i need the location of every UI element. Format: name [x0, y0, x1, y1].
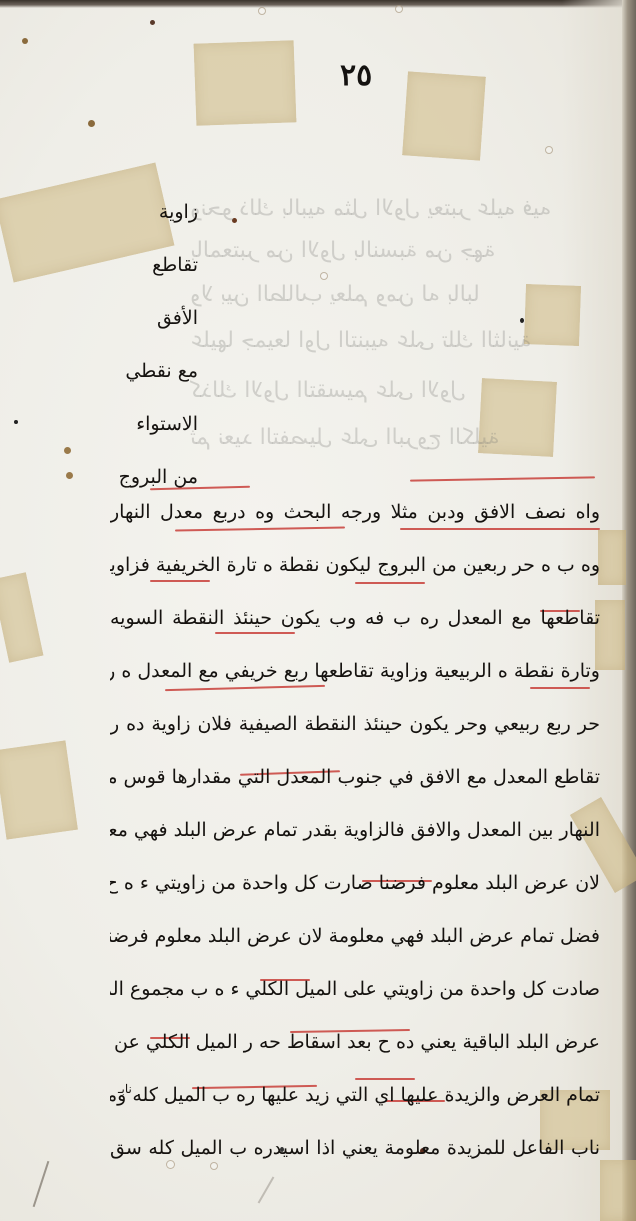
page-number: ٢٥ [340, 58, 372, 93]
margin-heading: زاوية تقاطع الأفق مع نقطي الاستواء من ال… [108, 186, 198, 504]
text-line: وه ب ه حر ربعين من البروج ليكون نقطة ه ت… [110, 531, 600, 584]
text-line: صادت كل واحدة من زاويتي على الميل الكلي … [110, 955, 600, 1008]
margin-heading-line: الأفق [108, 292, 198, 345]
bleed-through-line: بالمعتبر من الاول بالنسبة من جهة [190, 238, 610, 263]
text-line: تقاطع المعدل مع الافق في جنوب المعدل الت… [110, 743, 600, 796]
scratch-mark [258, 1177, 275, 1204]
bleed-through-line: عليها جميعا اول التنبيه على تلك الثانية [190, 328, 610, 353]
wormhole [258, 7, 266, 15]
margin-heading-line: زاوية [108, 186, 198, 239]
bleed-through-line: ولا بين الطالب يعلم ومن له بالبا [190, 282, 610, 307]
ink-spot [64, 447, 71, 454]
margin-heading-line: تقاطع [108, 239, 198, 292]
ink-spot [66, 472, 73, 479]
tape-patch [0, 572, 43, 662]
text-line: ناب الفاعل للمزيدة معلومة يعني اذا اسيدر… [110, 1114, 600, 1167]
wormhole [395, 5, 403, 13]
wormhole [320, 272, 328, 280]
page-top-edge [0, 0, 636, 8]
main-text-block: واه نصف الافق ودبن مثلا ورجه البحث وه در… [110, 478, 600, 1167]
ink-spot [14, 420, 18, 424]
text-line: لان عرض البلد معلوم فرضنا صارت كل واحدة … [110, 849, 600, 902]
bleed-through-line: كذلك الاول التقسيم على الاول [190, 378, 610, 403]
margin-heading-line: مع نقطي [108, 345, 198, 398]
ink-spot [520, 318, 524, 323]
bleed-through-line: ثم نعيد التفصيل على البروج الكلية [190, 425, 610, 450]
tape-patch [598, 530, 626, 585]
manuscript-page: ونحو ذلك بالبيه مثل الاول يعتبر عليه فيه… [0, 0, 636, 1221]
text-line: عرض البلد الباقية يعني ده ح بعد اسقاط حه… [110, 1008, 600, 1061]
tape-patch [194, 40, 297, 125]
text-line: حر ربع ربيعي وحر يكون حينئذ النقطة الصيف… [110, 690, 600, 743]
text-line: تمام العرض والزيدة عليها اي التي زيد علي… [110, 1061, 600, 1114]
margin-heading-line: الاستواء [108, 398, 198, 451]
text-line: النهار بين المعدل والافق فالزاوية بقدر ت… [110, 796, 600, 849]
tape-patch [0, 740, 78, 839]
text-line: واه نصف الافق ودبن مثلا ورجه البحث وه در… [110, 478, 600, 531]
tape-patch [402, 71, 486, 160]
text-line: تقاطعها مع المعدل ره ب فه وب يكون حينئذ … [110, 584, 600, 637]
ink-spot [22, 38, 28, 44]
ink-spot [150, 20, 155, 25]
ink-spot [88, 120, 95, 127]
text-line: وتارة نقطة ه الربيعية وزاوية تقاطعها ربع… [110, 637, 600, 690]
tape-patch [600, 1160, 636, 1221]
scratch-mark [33, 1161, 50, 1207]
wormhole [545, 146, 553, 154]
marginal-gloss: نابـ [118, 1082, 132, 1096]
text-line: فضل تمام عرض البلد فهي معلومة لان عرض ال… [110, 902, 600, 955]
bleed-through-line: ونحو ذلك بالبيه مثل الاول يعتبر عليه فيه [190, 196, 610, 221]
